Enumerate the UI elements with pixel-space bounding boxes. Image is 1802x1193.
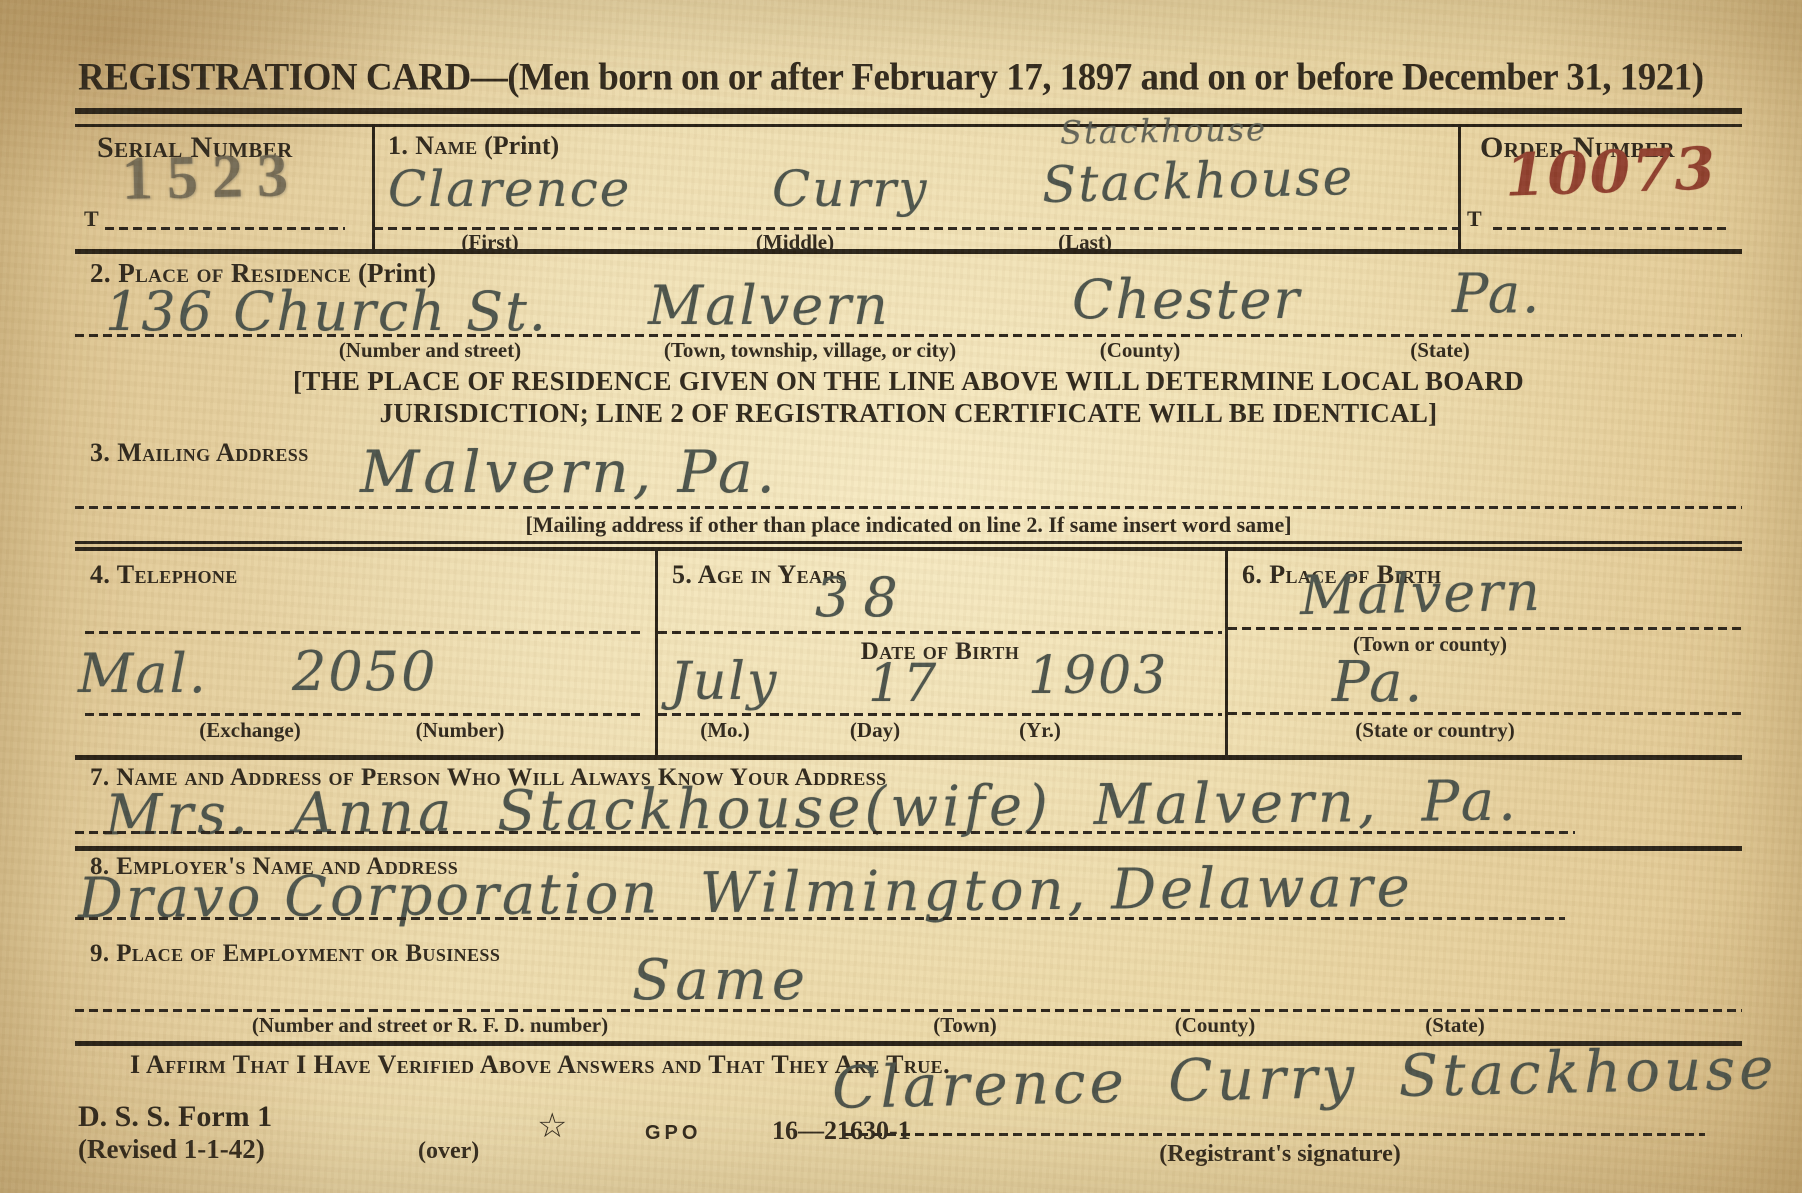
birthplace-town-line [1228, 627, 1742, 630]
name-first-value: Clarence [388, 160, 631, 218]
employment-county-caption: (County) [1115, 1013, 1315, 1038]
residence-street-caption: (Number and street) [280, 338, 580, 363]
employment-label: 9. Place of Employment or Business [90, 940, 500, 968]
birthplace-state-value: Pa. [1332, 650, 1424, 715]
cell-divider [1225, 551, 1228, 755]
row-divider-line [75, 249, 1742, 254]
residence-county-caption: (County) [1040, 338, 1240, 363]
telephone-number-value: 2050 [292, 640, 437, 703]
dob-month-caption: (Mo.) [675, 718, 775, 743]
residence-entry-line [75, 334, 1742, 337]
name-first-caption: (First) [430, 230, 550, 255]
mailing-address-value: Malvern, Pa. [360, 438, 779, 506]
section-divider-line [75, 547, 1742, 551]
dob-month-value: July [670, 652, 778, 712]
birthplace-state-line [1228, 712, 1742, 715]
jurisdiction-note-line2: JURISDICTION; LINE 2 OF REGISTRATION CER… [75, 398, 1742, 430]
employer-entry-line [75, 917, 1565, 920]
contact-value: Mrs. Anna Stackhouse(wife) Malvern, Pa. [105, 769, 1521, 849]
name-label-sub: (Print) [484, 131, 559, 160]
registrant-signature: Clarence Curry Stackhouse [831, 1034, 1778, 1122]
telephone-label: 4. Telephone [90, 560, 238, 590]
name-middle-caption: (Middle) [735, 230, 855, 255]
contact-entry-line [75, 831, 1575, 834]
dob-day-caption: (Day) [825, 718, 925, 743]
name-last-caption: (Last) [1025, 230, 1145, 255]
employer-location-value: Wilmington, Delaware [700, 855, 1414, 926]
employer-name-value: Dravo Corporation [78, 861, 661, 931]
cell-divider [372, 127, 375, 249]
jurisdiction-note: [THE PLACE OF RESIDENCE GIVEN ON THE LIN… [75, 366, 1742, 430]
section-divider-line [75, 541, 1742, 544]
page-title: REGISTRATION CARD—(Men born on or after … [78, 55, 1704, 100]
row-divider-line [75, 755, 1742, 760]
signature-caption: (Registrant's signature) [1030, 1141, 1530, 1168]
form-number: D. S. S. Form 1 [78, 1100, 272, 1134]
mailing-entry-line [75, 506, 1742, 509]
dob-day-value: 17 [868, 654, 938, 714]
dob-year-value: 1903 [1028, 646, 1168, 706]
jurisdiction-note-line1: [THE PLACE OF RESIDENCE GIVEN ON THE LIN… [75, 366, 1742, 398]
name-label: 1. Name (Print) [388, 131, 559, 161]
telephone-exchange-value: Mal. [78, 642, 208, 705]
name-middle-value: Curry [772, 160, 929, 218]
order-entry-line [1493, 227, 1728, 230]
pencil-annotation: Stackhouse [1060, 110, 1268, 152]
title-divider-line [75, 108, 1742, 114]
birthplace-town-value: Malvern [1299, 560, 1542, 627]
telephone-blank-line [85, 631, 645, 634]
name-last-value: Stackhouse [1041, 148, 1355, 214]
employment-town-caption: (Town) [865, 1013, 1065, 1038]
order-prefix: T [1467, 206, 1482, 232]
age-entry-line [658, 631, 1222, 634]
mailing-address-label: 3. Mailing Address [90, 438, 309, 468]
birthplace-state-caption: (State or country) [1335, 718, 1535, 743]
registration-card: REGISTRATION CARD—(Men born on or after … [0, 0, 1802, 1193]
age-value: 38 [815, 566, 912, 629]
telephone-entry-line [85, 713, 645, 716]
residence-town-caption: (Town, township, village, or city) [610, 338, 1010, 363]
mailing-address-caption: [Mailing address if other than place ind… [75, 512, 1742, 538]
star-icon: ☆ [537, 1106, 567, 1146]
over-label: (over) [418, 1138, 479, 1165]
employment-street-caption: (Number and street or R. F. D. number) [180, 1013, 680, 1038]
cell-divider [1458, 127, 1461, 249]
serial-entry-line [105, 227, 345, 230]
gpo-label: GPO [645, 1122, 701, 1145]
signature-entry-line [845, 1133, 1705, 1136]
form-revision: (Revised 1-1-42) [78, 1134, 265, 1165]
telephone-number-caption: (Number) [360, 718, 560, 743]
residence-state-value: Pa. [1452, 262, 1541, 325]
residence-state-caption: (State) [1340, 338, 1540, 363]
employment-state-caption: (State) [1355, 1013, 1555, 1038]
serial-number-value: 1523 [121, 140, 302, 215]
affirmation-text: I Affirm That I Have Verified Above Answ… [130, 1050, 950, 1080]
dob-entry-line [658, 713, 1222, 716]
order-number-value: 10073 [1504, 134, 1718, 209]
box-top-line [75, 124, 1742, 127]
employment-value: Same [632, 948, 810, 1013]
row-divider-line [75, 846, 1742, 851]
serial-prefix: T [84, 206, 99, 232]
residence-town-value: Malvern [648, 274, 890, 337]
dob-year-caption: (Yr.) [990, 718, 1090, 743]
residence-county-value: Chester [1072, 268, 1301, 331]
name-label-main: 1. Name [388, 131, 478, 160]
employment-entry-line [75, 1009, 1742, 1012]
telephone-exchange-caption: (Exchange) [150, 718, 350, 743]
